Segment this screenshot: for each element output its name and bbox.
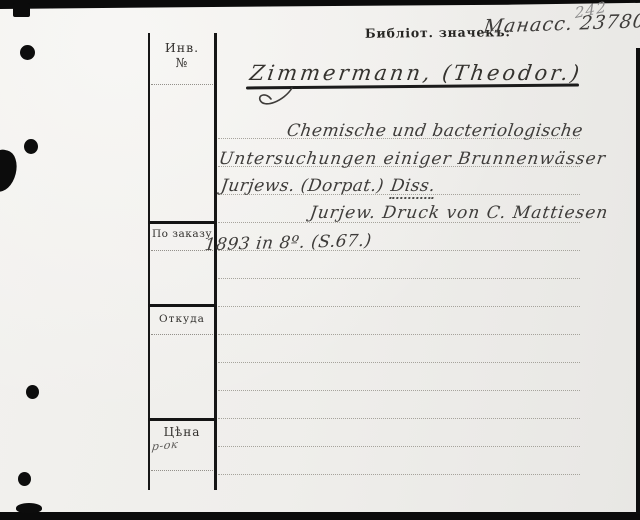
field-label-inventory-line1: Инв. bbox=[148, 40, 216, 55]
column-dotted-line bbox=[151, 84, 213, 85]
cena-handwritten-note: р-ок bbox=[151, 438, 179, 454]
punch-hole bbox=[20, 45, 35, 60]
collation-line: 1893 in 8º. (S.67.) bbox=[204, 231, 373, 255]
field-label-cena: Цѣна bbox=[148, 425, 216, 439]
ruled-line bbox=[218, 334, 580, 335]
punch-hole bbox=[24, 139, 38, 154]
imprint-place: Jurjews. (Dorpat.) bbox=[220, 176, 386, 196]
section-divider bbox=[148, 418, 217, 421]
section-divider bbox=[148, 304, 217, 307]
column-rule-left bbox=[148, 33, 150, 490]
dissertation-mark: Diss. bbox=[389, 176, 437, 199]
ruled-line bbox=[218, 474, 580, 475]
imprint-line-1: Jurjews. (Dorpat.)Diss. bbox=[220, 176, 437, 196]
author-heading: Zimmermann, (Theodor.) bbox=[248, 61, 583, 85]
ruled-line bbox=[218, 306, 580, 307]
imprint-line-2: Jurjew. Druck von C. Mattiesen bbox=[309, 203, 610, 223]
field-label-inventory: Инв. № bbox=[148, 40, 216, 70]
section-divider bbox=[148, 221, 217, 224]
punch-hole bbox=[18, 472, 31, 486]
scan-right-edge bbox=[636, 48, 640, 514]
ruled-line bbox=[218, 362, 580, 363]
column-rule-right bbox=[214, 33, 217, 490]
corner-smudge bbox=[16, 503, 42, 513]
pen-flourish bbox=[254, 87, 300, 111]
column-dotted-line bbox=[151, 334, 213, 335]
scan-top-edge bbox=[0, 0, 640, 9]
field-label-inventory-line2: № bbox=[148, 55, 216, 70]
punch-hole bbox=[26, 385, 39, 399]
ruled-line bbox=[218, 390, 580, 391]
ruled-line bbox=[218, 446, 580, 447]
paper-edge-tear bbox=[0, 147, 21, 194]
catalog-card-scan: 242 Библіот. значекъ: Манасс. 23780 Инв.… bbox=[0, 0, 640, 520]
column-dotted-line bbox=[151, 470, 213, 471]
stamp-value-handwritten: Манасс. 23780 bbox=[482, 10, 640, 38]
scan-corner-mark bbox=[13, 3, 30, 17]
scan-bottom-edge bbox=[0, 512, 640, 520]
field-label-otkuda: Откуда bbox=[148, 313, 216, 325]
ruled-line bbox=[218, 418, 580, 419]
title-line-1: Chemische und bacteriologische bbox=[286, 121, 585, 141]
title-line-2: Untersuchungen einiger Brunnenwässer bbox=[218, 149, 608, 169]
ruled-line bbox=[218, 278, 580, 279]
